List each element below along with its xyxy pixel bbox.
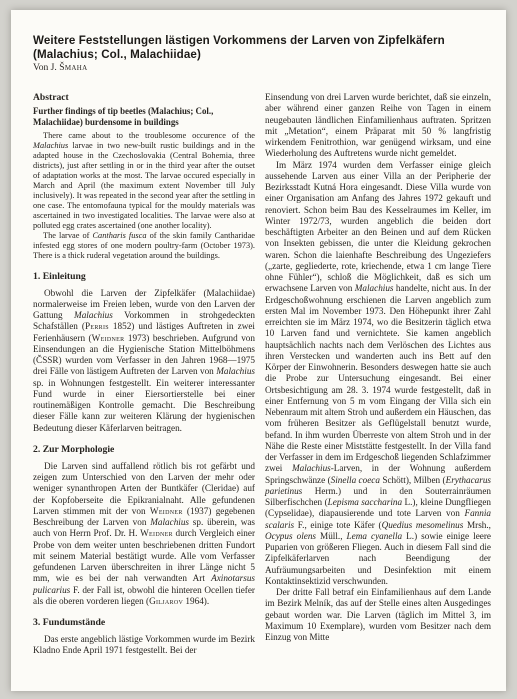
section-heading-fundumstaende: 3. Fundumstände: [33, 617, 255, 628]
section-paragraph: Die Larven sind auffallend rötlich bis r…: [33, 461, 255, 607]
abstract-heading: Abstract: [33, 92, 255, 103]
abstract-subtitle: Further findings of tip beetles (Malachi…: [33, 106, 255, 127]
body-paragraph: Einsendung von drei Larven wurde bericht…: [265, 92, 491, 160]
left-column: Abstract Further findings of tip beetles…: [33, 92, 255, 657]
journal-page: Weitere Feststellungen lästigen Vorkomme…: [11, 10, 506, 691]
two-column-layout: Abstract Further findings of tip beetles…: [33, 92, 491, 657]
body-paragraph: Der dritte Fall betraf ein Einfamilienha…: [265, 587, 491, 643]
section-paragraph: Das erste angeblich lästige Vorkommen wu…: [33, 634, 255, 657]
section-heading-einleitung: 1. Einleitung: [33, 271, 255, 282]
section-paragraph: Obwohl die Larven der Zipfelkäfer (Malac…: [33, 288, 255, 434]
abstract-paragraph: There came about to the troublesome occu…: [33, 131, 255, 231]
abstract-paragraph: The larvae of Cantharis fusca of the ski…: [33, 231, 255, 261]
article-title: Weitere Feststellungen lästigen Vorkomme…: [33, 34, 475, 62]
right-column: Einsendung von drei Larven wurde bericht…: [265, 92, 491, 657]
section-heading-morphologie: 2. Zur Morphologie: [33, 444, 255, 455]
body-paragraph: Im März 1974 wurden dem Verfasser einige…: [265, 160, 491, 588]
byline: Von J. Šmaha: [33, 62, 87, 73]
